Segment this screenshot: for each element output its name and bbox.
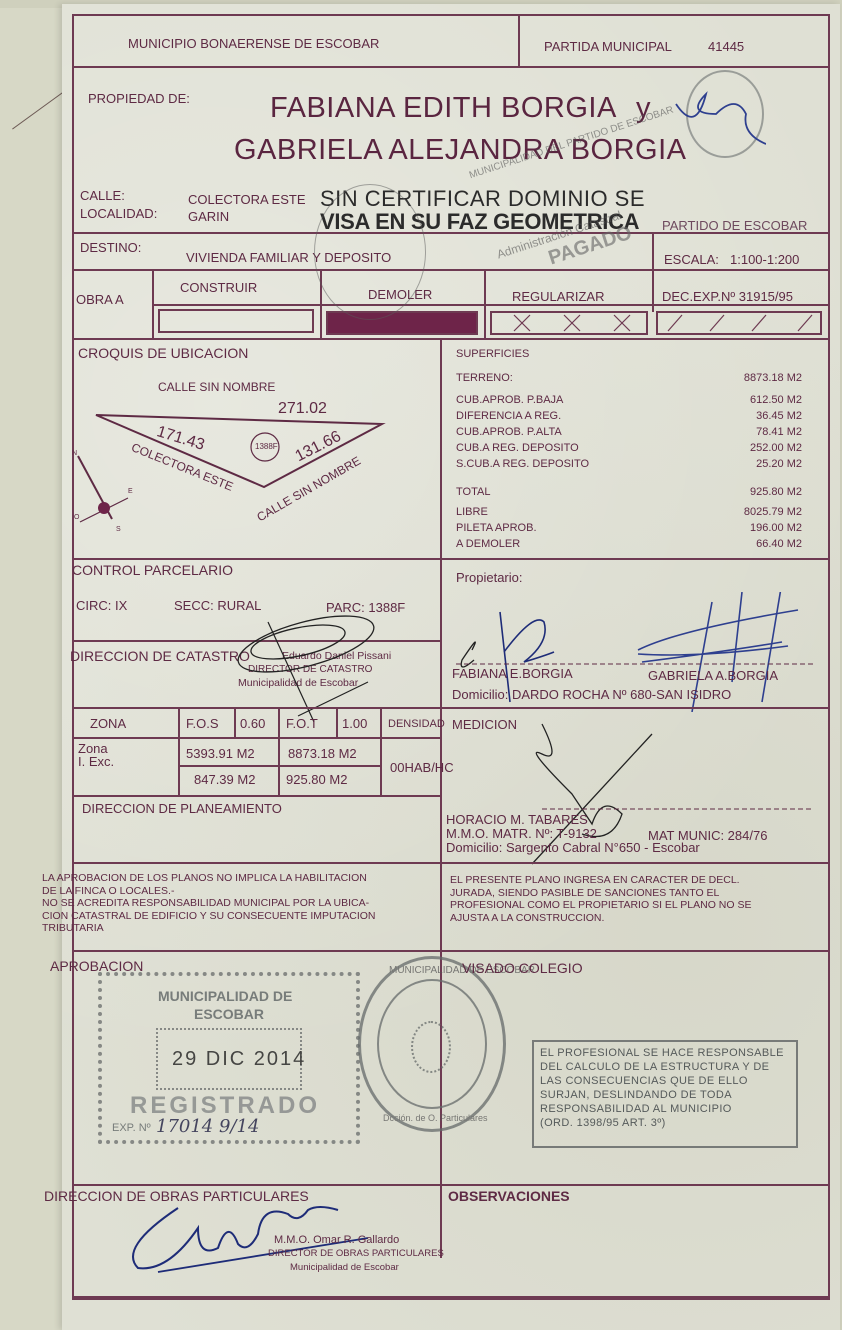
seal-bottom-text: Dcción. de O. Particulares xyxy=(383,1113,488,1123)
divider xyxy=(72,862,830,864)
calle-value: COLECTORA ESTE xyxy=(188,192,306,207)
side-top-length: 271.02 xyxy=(278,400,327,418)
fos-header: F.O.S xyxy=(186,716,219,731)
signature-line xyxy=(542,807,812,811)
catastro-title: DIRECCION DE CATASTRO xyxy=(70,648,250,664)
fos-row-2: 847.39 M2 xyxy=(194,772,255,787)
escala-label: ESCALA: xyxy=(664,252,719,267)
divider xyxy=(72,707,830,709)
fot-header: F.O.T xyxy=(286,716,318,731)
owner-1-signature-name: FABIANA E.BORGIA xyxy=(452,666,573,681)
responsibility-stamp: EL PROFESIONAL SE HACE RESPONSABLE DEL C… xyxy=(532,1040,798,1148)
superficies-title: SUPERFICIES xyxy=(456,348,529,360)
divider xyxy=(72,950,830,952)
obra-option-regularizar: REGULARIZAR xyxy=(512,289,604,304)
surveyor-domicilio: Domicilio: Sargento Cabral N°650 - Escob… xyxy=(446,840,700,855)
medicion-title: MEDICION xyxy=(452,717,517,732)
zona-value: Zona I. Exc. xyxy=(78,742,114,768)
localidad-value: GARIN xyxy=(188,209,229,224)
construir-checkbox[interactable] xyxy=(158,309,314,333)
obra-option-construir: CONSTRUIR xyxy=(180,280,257,295)
obras-signer-org: Municipalidad de Escobar xyxy=(290,1262,399,1273)
planeamiento-title: DIRECCION DE PLANEAMIENTO xyxy=(82,801,282,816)
cross-marks-icon xyxy=(492,313,646,333)
dec-exp-box-hatched xyxy=(656,311,822,335)
compass-o: O xyxy=(74,514,79,521)
responsibility-text: EL PROFESIONAL SE HACE RESPONSABLE DEL C… xyxy=(540,1046,790,1130)
fos-value: 0.60 xyxy=(240,716,265,731)
divider xyxy=(72,795,440,797)
divider xyxy=(72,558,830,560)
compass-e: E xyxy=(128,488,133,495)
divider xyxy=(152,304,830,306)
secc: SECC: RURAL xyxy=(174,598,261,613)
divider xyxy=(72,338,830,340)
hatch-marks-icon xyxy=(658,313,820,333)
disclaimer-left: LA APROBACION DE LOS PLANOS NO IMPLICA L… xyxy=(42,872,432,935)
stamp-date-box: 29 DIC 2014 xyxy=(156,1028,302,1090)
superficies-panel: SUPERFICIES TERRENO:8873.18 M2 CUB.APROB… xyxy=(456,344,802,554)
fot-row-2: 925.80 M2 xyxy=(286,772,347,787)
obras-signer-role: DIRECTOR DE OBRAS PARTICULARES xyxy=(268,1248,444,1259)
disclaimer-right: EL PRESENTE PLANO INGRESA EN CARACTER DE… xyxy=(450,874,820,924)
plan-document: MUNICIPIO BONAERENSE DE ESCOBAR PARTIDA … xyxy=(62,4,840,1330)
divider xyxy=(72,1184,830,1186)
parcel-id: 1388F xyxy=(255,442,278,451)
surveyor-name: HORACIO M. TABARES xyxy=(446,812,588,827)
divider xyxy=(380,707,382,797)
fos-row-1: 5393.91 M2 xyxy=(186,746,255,761)
croquis-sketch: CALLE SIN NOMBRE 271.02 171.43 131.66 13… xyxy=(72,364,440,554)
divider xyxy=(178,707,180,797)
visado-title: VISADO COLEGIO xyxy=(462,960,583,976)
surveyor-matricula: M.M.O. MATR. Nº: T-9132 xyxy=(446,826,597,841)
stamp-exp-value: 17014 9/14 xyxy=(156,1116,259,1137)
divider xyxy=(72,737,440,739)
compass-s: S xyxy=(116,526,121,533)
dec-exp: DEC.EXP.Nº 31915/95 xyxy=(662,289,793,304)
divider xyxy=(72,1298,830,1300)
owner-name-1: FABIANA EDITH BORGIA xyxy=(270,92,617,125)
calle-label: CALLE: xyxy=(80,188,125,203)
divider xyxy=(72,232,830,234)
obra-label: OBRA A xyxy=(76,292,124,307)
densidad-header: DENSIDAD xyxy=(388,718,445,730)
divider xyxy=(278,707,280,797)
owner-domicilio: Domicilio: DARDO ROCHA Nº 680-SAN ISIDRO xyxy=(452,687,731,702)
municipal-seal: MUNICIPALIDAD DE ESCOBAR Dcción. de O. P… xyxy=(358,956,506,1132)
partida-label: PARTIDA MUNICIPAL xyxy=(544,39,672,54)
stamp-exp-label: EXP. Nº xyxy=(112,1122,151,1134)
street-top-label: CALLE SIN NOMBRE xyxy=(158,380,275,394)
divider xyxy=(336,707,338,737)
control-parcelario-title: CONTROL PARCELARIO xyxy=(72,562,233,578)
stamp-org-2: ESCOBAR xyxy=(194,1006,264,1022)
catastro-signature-icon xyxy=(228,612,378,722)
stamp-org-1: MUNICIPALIDAD DE xyxy=(158,988,292,1004)
escala-value: 1:100-1:200 xyxy=(730,252,799,267)
compass-n: N xyxy=(72,450,77,457)
croquis-title: CROQUIS DE UBICACION xyxy=(78,345,248,361)
zona-header: ZONA xyxy=(90,716,126,731)
circ: CIRC: IX xyxy=(76,598,127,613)
destino-label: DESTINO: xyxy=(80,240,141,255)
divider xyxy=(72,66,830,68)
regularizar-checkbox-crossed[interactable] xyxy=(490,311,648,335)
municipality-title: MUNICIPIO BONAERENSE DE ESCOBAR xyxy=(128,36,379,51)
propietario-label: Propietario: xyxy=(456,570,522,585)
owner-2-signature-name: GABRIELA A.BORGIA xyxy=(648,668,778,683)
certificar-circle xyxy=(314,184,426,320)
property-label: PROPIEDAD DE: xyxy=(88,91,190,106)
fot-value: 1.00 xyxy=(342,716,367,731)
divider xyxy=(72,269,830,271)
stamp-date: 29 DIC 2014 xyxy=(172,1048,306,1071)
divider xyxy=(178,765,380,767)
observaciones-title: OBSERVACIONES xyxy=(448,1188,570,1204)
localidad-label: LOCALIDAD: xyxy=(80,206,157,221)
divider xyxy=(234,707,236,737)
obras-signer-name: M.M.O. Omar R. Gallardo xyxy=(274,1234,399,1246)
partida-value: 41445 xyxy=(708,39,744,54)
registrado-stamp: MUNICIPALIDAD DE ESCOBAR 29 DIC 2014 REG… xyxy=(98,972,360,1144)
densidad-value: 00HAB/HC xyxy=(390,760,454,775)
fot-row-1: 8873.18 M2 xyxy=(288,746,357,761)
coat-of-arms-icon xyxy=(411,1021,451,1073)
initials-signature-icon xyxy=(666,84,766,154)
divider xyxy=(518,14,520,68)
